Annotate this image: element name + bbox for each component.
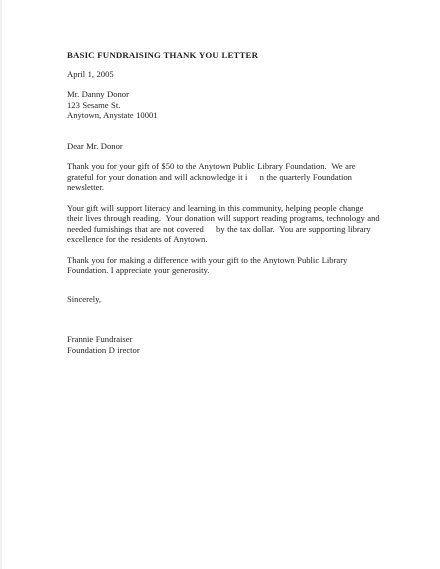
recipient-name: Mr. Danny Donor (67, 89, 390, 100)
recipient-city-state-zip: Anytown, Anystate 10001 (67, 110, 390, 121)
recipient-street: 123 Sesame St. (67, 100, 390, 111)
letter-title: BASIC FUNDRAISING THANK YOU LETTER (67, 50, 390, 61)
signature-title: Foundation D irector (67, 345, 390, 356)
recipient-address-block: Mr. Danny Donor 123 Sesame St. Anytown, … (67, 89, 390, 121)
paragraph-gift-impact: Your gift will support literacy and lear… (67, 203, 390, 245)
signature-name: Frannie Fundraiser (67, 334, 390, 345)
signature-block: Frannie Fundraiser Foundation D irector (67, 334, 390, 355)
paragraph-thank-you: Thank you for your gift of $50 to the An… (67, 161, 390, 193)
letter-date: April 1, 2005 (67, 69, 390, 80)
letter-page: BASIC FUNDRAISING THANK YOU LETTER April… (0, 0, 440, 569)
paragraph-difference: Thank you for making a difference with y… (67, 255, 390, 276)
salutation: Dear Mr. Donor (67, 141, 390, 152)
closing: Sincerely, (67, 294, 390, 305)
